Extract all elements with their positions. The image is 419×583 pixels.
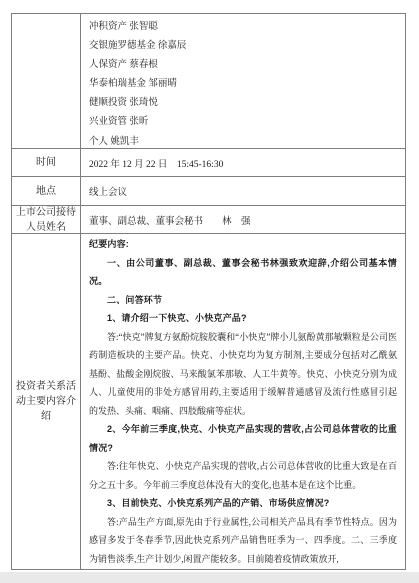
table-row-time: 时间 2022 年 12 月 22 日 15:45-16:30 <box>12 149 405 177</box>
page-bottom-band <box>0 572 419 583</box>
reception-value: 董事、副总裁、董事会秘书 林 强 <box>81 206 405 233</box>
content-label: 投资者关系活动主要内容介绍 <box>12 234 81 569</box>
attendee-line: 个人 姚凯丰 <box>89 133 399 148</box>
meeting-minutes: 纪要内容: 一、由公司董事、副总裁、董事会秘书林强致欢迎辞,介绍公司基本情况。 … <box>81 234 405 569</box>
table-row-reception: 上市公司接待人员姓名 董事、副总裁、董事会秘书 林 强 <box>12 206 405 234</box>
time-label: 时间 <box>12 149 81 176</box>
attendee-line: 华泰柏瑞基金 邹丽晴 <box>89 75 399 94</box>
table-row-content: 投资者关系活动主要内容介绍 纪要内容: 一、由公司董事、副总裁、董事会秘书林强致… <box>12 234 405 569</box>
ir-activity-record-table: 冲积资产 张智聪 交银施罗德基金 徐嘉辰 人保资产 蔡春根 华泰柏瑞基金 邹丽晴… <box>11 13 406 570</box>
question-2: 2、今年前三季度,快克、小快克产品实现的营收,占公司总体营收的比重情况? <box>89 420 397 457</box>
answer-1: 答:“快克”牌复方氨酚烷胺胶囊和“小快克”牌小儿氨酚黄那敏颗粒是公司医药制造板块… <box>89 328 397 421</box>
document-page: 冲积资产 张智聪 交银施罗德基金 徐嘉辰 人保资产 蔡春根 华泰柏瑞基金 邹丽晴… <box>0 0 419 583</box>
location-value: 线上会议 <box>81 177 405 205</box>
attendee-line: 健顺投资 张琦悦 <box>89 94 399 113</box>
minutes-heading: 纪要内容: <box>89 235 397 254</box>
location-label: 地点 <box>12 177 81 205</box>
attendees-label-cell <box>12 14 81 148</box>
attendee-line: 兴业资管 张昕 <box>89 113 399 132</box>
question-3: 3、目前快克、小快克系列产品的产销、市场供应情况? <box>89 494 397 513</box>
table-row-attendees: 冲积资产 张智聪 交银施罗德基金 徐嘉辰 人保资产 蔡春根 华泰柏瑞基金 邹丽晴… <box>12 14 405 149</box>
minutes-section-2: 二、问答环节 <box>89 291 397 310</box>
question-1: 1、请介绍一下快克、小快克产品? <box>89 309 397 328</box>
attendees-list: 冲积资产 张智聪 交银施罗德基金 徐嘉辰 人保资产 蔡春根 华泰柏瑞基金 邹丽晴… <box>81 14 405 148</box>
minutes-section-1: 一、由公司董事、副总裁、董事会秘书林强致欢迎辞,介绍公司基本情况。 <box>89 254 397 291</box>
attendee-line: 交银施罗德基金 徐嘉辰 <box>89 37 399 56</box>
content-label-text: 投资者关系活动主要内容介绍 <box>15 379 77 424</box>
reception-label-text: 上市公司接待人员姓名 <box>15 205 77 235</box>
table-row-location: 地点 线上会议 <box>12 177 405 206</box>
attendee-line: 人保资产 蔡春根 <box>89 56 399 75</box>
time-value: 2022 年 12 月 22 日 15:45-16:30 <box>81 149 405 176</box>
answer-2: 答:往年快克、小快克产品实现的营收,占公司总体营收的比重大致是在百分之五十多。今… <box>89 457 397 494</box>
attendee-line: 冲积资产 张智聪 <box>89 18 399 37</box>
answer-3: 答:产品生产方面,原先由于行业属性,公司相关产品具有季节性特点。因为感冒多发于冬… <box>89 513 397 569</box>
reception-label: 上市公司接待人员姓名 <box>12 206 81 233</box>
